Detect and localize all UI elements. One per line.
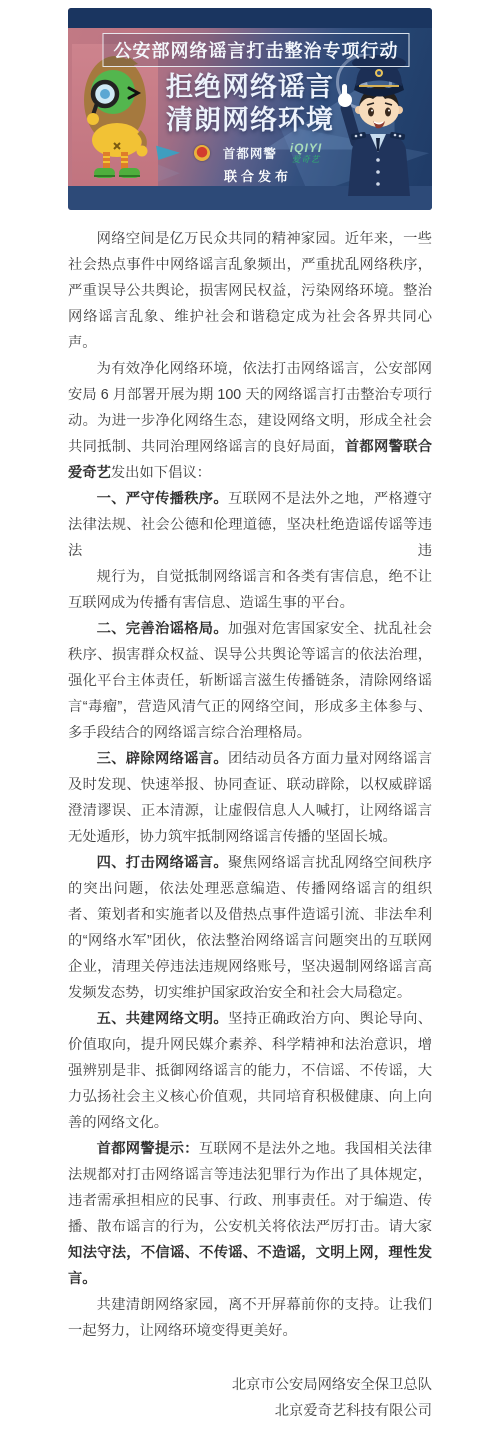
banner-image: ★ 公安部网络谣言 [68,8,432,210]
paragraph: 一、严守传播秩序。互联网不是法外之地，严格遵守法律法规、社会公德和伦理道德，坚决… [68,486,432,564]
banner-title: 拒绝网络谣言 清朗网络环境 [68,71,432,137]
paragraph: 规行为，自觉抵制网络谣言和各类有害信息，绝不让互联网成为传播有害信息、造谣生事的… [68,564,432,616]
paragraph: 四、打击网络谣言。聚焦网络谣言扰乱网络空间秩序的突出问题，依法处理恶意编造、传播… [68,850,432,1006]
paragraph: 网络空间是亿万民众共同的精神家园。近年来，一些社会热点事件中网络谣言乱象频出，严… [68,226,432,356]
police-badge-icon [194,145,210,161]
paragraph-bold-text: 二、完善治谣格局。 [97,621,228,637]
paragraph: 五、共建网络文明。坚持正确政治方向、舆论导向、价值取向，提升网民媒介素养、科学精… [68,1006,432,1136]
banner-title-line2: 清朗网络环境 [68,104,432,137]
paragraph-bold-text: 一、严守传播秩序。 [97,491,228,507]
paragraph-text: 北京市公安局网络安全保卫总队 [232,1377,432,1393]
paragraph-text: 北京爱奇艺科技有限公司 [275,1403,432,1419]
iqiyi-logo-latin: iQIYI [290,142,322,154]
paragraph-text: 网络空间是亿万民众共同的精神家园。近年来，一些社会热点事件中网络谣言乱象频出，严… [68,231,432,351]
paragraph-text: 规行为，自觉抵制网络谣言和各类有害信息，绝不让互联网成为传播有害信息、造谣生事的… [68,569,432,611]
iqiyi-logo: iQIYI 爱奇艺 [290,142,322,164]
banner-logos-row: 首都网警 iQIYI 爱奇艺 [76,142,432,164]
joint-release-label: 联合发布 [76,166,432,185]
paragraph: 共建清朗网络家园，离不开屏幕前你的支持。让我们一起努力，让网络环境变得更美好。 [68,1292,432,1344]
paragraph-bold-text: 首都网警提示： [97,1141,199,1157]
signature-line: 北京市公安局网络安全保卫总队 [68,1372,432,1398]
banner-title-line1: 拒绝网络谣言 [68,71,432,104]
paragraph-text: 聚焦网络谣言扰乱网络空间秩序的突出问题，依法处理恶意编造、传播网络谣言的组织者、… [68,855,432,1001]
police-logo-text: 首都网警 [223,144,277,162]
paragraph-bold-text: 三、辟除网络谣言。 [97,751,228,767]
article-page: ★ 公安部网络谣言 [0,0,500,1436]
paragraph-bold-text: 五、共建网络文明。 [97,1011,228,1027]
iqiyi-logo-cn: 爱奇艺 [292,155,321,164]
paragraph-bold-text: 知法守法，不信谣、不传谣、不造谣，文明上网，理性发言。 [68,1245,432,1287]
banner-campaign-tag: 公安部网络谣言打击整治专项行动 [103,33,410,67]
paragraph-bold-text: 四、打击网络谣言。 [97,855,228,871]
paragraph: 首都网警提示：互联网不是法外之地。我国相关法律法规都对打击网络谣言等违法犯罪行为… [68,1136,432,1292]
paragraph-text: 坚持正确政治方向、舆论导向、价值取向，提升网民媒介素养、科学精神和法治意识，增强… [68,1011,432,1131]
paragraph: 二、完善治谣格局。加强对危害国家安全、扰乱社会秩序、损害群众权益、误导公共舆论等… [68,616,432,746]
article-body: 网络空间是亿万民众共同的精神家园。近年来，一些社会热点事件中网络谣言乱象频出，严… [68,226,432,1424]
paragraph-text: 共建清朗网络家园，离不开屏幕前你的支持。让我们一起努力，让网络环境变得更美好。 [68,1297,432,1339]
paragraph: 三、辟除网络谣言。团结动员各方面力量对网络谣言及时发现、快速举报、协同查证、联动… [68,746,432,850]
paragraph: 为有效净化网络环境，依法打击网络谣言，公安部网安局 6 月部署开展为期 100 … [68,356,432,486]
signature-line: 北京爱奇艺科技有限公司 [68,1398,432,1424]
paragraph-text: 加强对危害国家安全、扰乱社会秩序、损害群众权益、误导公共舆论等谣言的依法治理，强… [68,621,432,741]
banner-top-strip [68,8,432,28]
paragraph-text: 发出如下倡议： [111,465,211,481]
